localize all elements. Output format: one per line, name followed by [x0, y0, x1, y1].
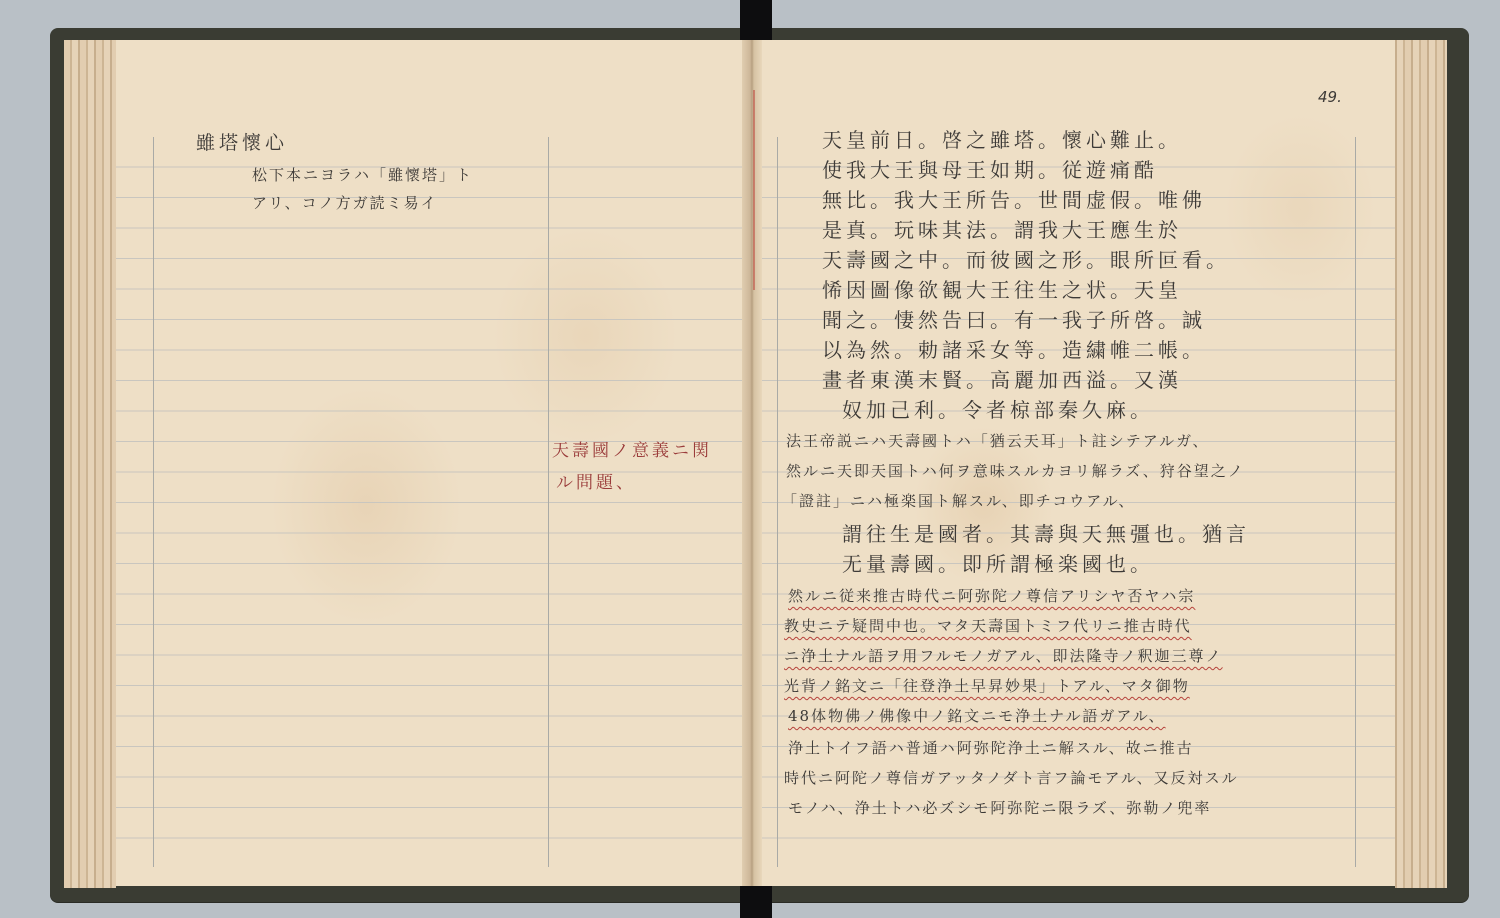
- underlined-commentary-line: 光背ノ銘文ニ「往登浄土早昇妙果」トアル、マタ御物: [784, 675, 1190, 696]
- gutter: [742, 40, 762, 886]
- left-margin-rule: [777, 137, 778, 867]
- left-page-line: 松下本ニヨラハ「雖懷塔」ト: [252, 164, 473, 185]
- underlined-commentary-line: 48体物佛ノ佛像中ノ銘文ニモ浄土ナル語ガアル、: [788, 705, 1166, 726]
- passage-line: 以為然。勅諸采女等。造繍帷二帳。: [822, 334, 1206, 363]
- passage-line: 聞之。悽然告曰。有一我子所啓。誠: [822, 304, 1206, 333]
- passage-line: 畫者東漢末賢。高麗加西溢。又漢: [822, 364, 1182, 393]
- underlined-commentary-line: ニ浄土ナル語ヲ用フルモノガアル、即法隆寺ノ釈迦三尊ノ: [784, 645, 1223, 666]
- passage-line: 天皇前日。啓之雖塔。懷心難止。: [822, 124, 1182, 153]
- commentary-line: 然ルニ天即天国トハ何ヲ意味スルカヨリ解ラズ、狩谷望之ノ: [786, 460, 1245, 481]
- commentary-line: 法王帝説ニハ天壽國トハ「猶云天耳」ト註シテアルガ、: [786, 430, 1210, 451]
- ruled-lines: [116, 137, 742, 867]
- gutter-stain: [753, 90, 755, 290]
- quotation-line: 謂往生是國者。其壽與天無彊也。猶言: [842, 518, 1250, 547]
- passage-line: 悕因圖像欲観大王往生之状。天皇: [822, 274, 1182, 303]
- page-edges-right: [1395, 40, 1447, 888]
- margin-note: ル問題、: [556, 468, 636, 493]
- binding-strap-top: [740, 0, 772, 40]
- quotation-line: 无量壽國。即所謂極楽國也。: [842, 548, 1154, 577]
- left-page: 雖塔懷心 松下本ニヨラハ「雖懷塔」ト アリ、コノ方ガ読ミ易イ 天壽國ノ意義ニ関 …: [116, 40, 742, 886]
- column-rule: [548, 137, 549, 867]
- page-edges-left: [64, 40, 116, 888]
- commentary-line: 「證註」ニハ極楽国ト解スル、即チコウアル、: [782, 490, 1135, 511]
- passage-line: 天壽國之中。而彼國之形。眼所叵看。: [822, 244, 1230, 273]
- margin-note: 天壽國ノ意義ニ関: [552, 436, 712, 461]
- commentary-line: モノハ、浄土トハ必ズシモ阿弥陀ニ限ラズ、弥勒ノ兜率: [788, 797, 1211, 818]
- left-page-heading: 雖塔懷心: [196, 128, 288, 155]
- left-page-line: アリ、コノ方ガ読ミ易イ: [252, 192, 438, 213]
- passage-line: 無比。我大王所告。世間虚假。唯佛: [822, 184, 1206, 213]
- commentary-line: 時代ニ阿陀ノ尊信ガアッタノダト言フ論モアル、又反対スル: [784, 767, 1239, 788]
- page-number: 49.: [1318, 88, 1342, 106]
- passage-line: 使我大王與母王如期。従遊痛酷: [822, 154, 1158, 183]
- passage-line: 奴加己利。令者椋部秦久麻。: [842, 394, 1154, 423]
- right-page: 49. 天皇前日。啓之雖塔。懷心難止。 使我大王與母王如期。従遊痛酷 無比。我大…: [762, 40, 1395, 886]
- passage-line: 是真。玩味其法。謂我大王應生於: [822, 214, 1182, 243]
- left-margin-rule: [153, 137, 154, 867]
- underlined-commentary-line: 教史ニテ疑問中也。マタ天壽国トミフ代リニ推古時代: [784, 615, 1192, 636]
- right-margin-rule: [1355, 137, 1356, 867]
- commentary-line: 浄土トイフ語ハ普通ハ阿弥陀浄土ニ解スル、故ニ推古: [788, 737, 1194, 758]
- underlined-commentary-line: 然ルニ従来推古時代ニ阿弥陀ノ尊信アリシヤ否ヤハ宗: [788, 585, 1195, 606]
